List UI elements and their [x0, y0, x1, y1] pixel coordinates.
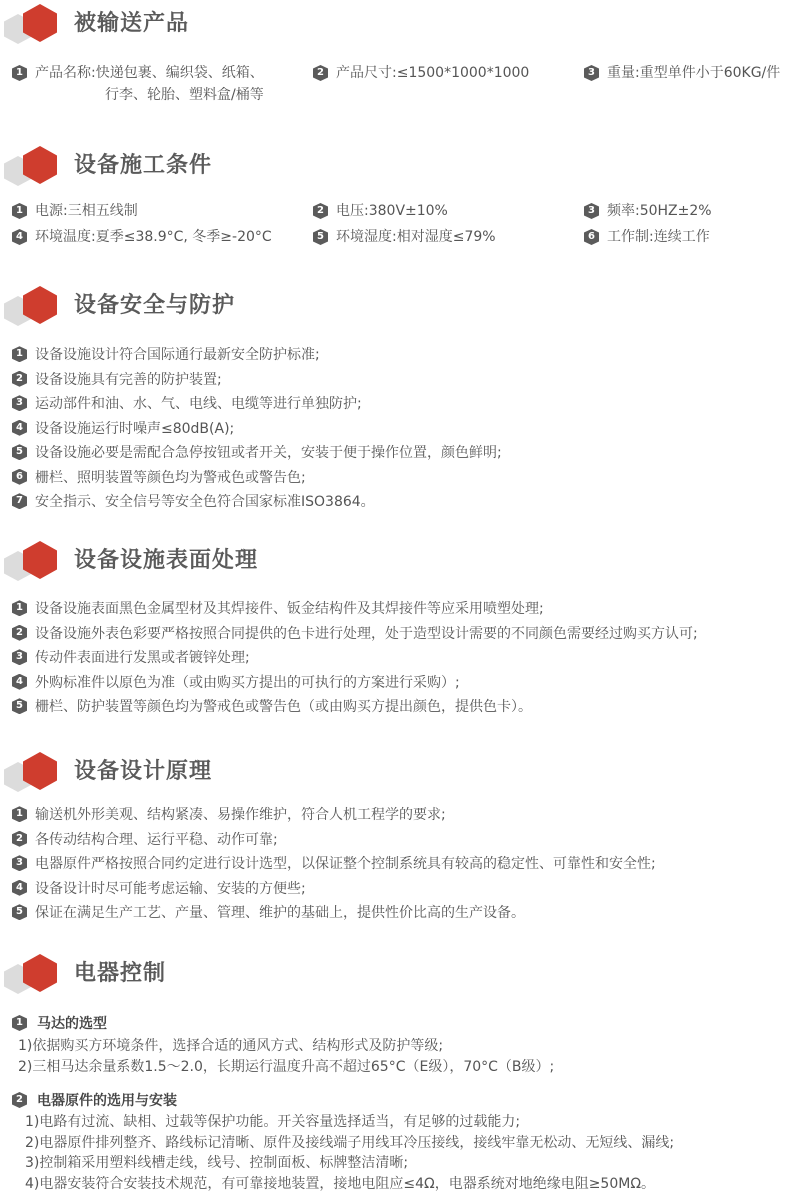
list-item-text: 各传动结构合理、运行平稳、动作可靠; — [35, 829, 278, 849]
number-badge-icon: 3 — [584, 65, 599, 81]
subsection-line: 2)三相马达余量系数1.5～2.0，长期运行温度升高不超过65°C（E级），70… — [18, 1057, 554, 1078]
number-badge-icon: 1 — [12, 600, 27, 616]
section-conveyed-products: 被输送产品 1 产品名称:快递包裹、编织袋、纸箱、 行李、轮胎、塑料盒/桶等 2… — [0, 0, 800, 46]
list-item-text: 保证在满足生产工艺、产量、管理、维护的基础上，提供性价比高的生产设备。 — [35, 902, 525, 922]
section-header: 设备设施表面处理 — [0, 537, 800, 583]
number-badge-icon: 3 — [12, 855, 27, 871]
spec-label: 频率:50HZ±2% — [607, 200, 712, 222]
number-badge-icon: 4 — [12, 674, 27, 690]
spec-label: 环境湿度:相对湿度≤79% — [336, 226, 496, 248]
subsection-line: 1)电路有过流、缺相、过载等保护功能。开关容量选择适当，有足够的过载能力; — [25, 1112, 674, 1133]
list-item: 6栅栏、照明装置等颜色均为警戒色或警告色; — [12, 465, 502, 490]
number-badge-icon: 6 — [584, 229, 599, 245]
number-badge-icon: 5 — [12, 904, 27, 920]
list-item-text: 设备设施外表色彩要严格按照合同提供的色卡进行处理，处于造型设计需要的不同颜色需要… — [35, 623, 698, 643]
list-item: 3电器原件严格按照合同约定进行设计选型，以保证整个控制系统具有较高的稳定性、可靠… — [12, 851, 656, 876]
spec-text: 产品名称:快递包裹、编织袋、纸箱、 行李、轮胎、塑料盒/桶等 — [35, 62, 264, 106]
section-header: 设备施工条件 — [0, 142, 800, 188]
subsection-header: 2 电器原件的选用与安装 — [12, 1089, 674, 1111]
section-header: 电器控制 — [0, 950, 800, 996]
list-item-text: 输送机外形美观、结构紧凑、易操作维护，符合人机工程学的要求; — [35, 804, 446, 824]
list-item: 2设备设施具有完善的防护装置; — [12, 367, 502, 392]
section-title: 电器控制 — [74, 956, 166, 987]
subsection-component-installation: 2 电器原件的选用与安装 1)电路有过流、缺相、过载等保护功能。开关容量选择适当… — [12, 1089, 674, 1194]
numbered-list: 1设备设施设计符合国际通行最新安全防护标准; 2设备设施具有完善的防护装置; 3… — [12, 342, 502, 514]
number-badge-icon: 5 — [12, 698, 27, 714]
list-item: 2各传动结构合理、运行平稳、动作可靠; — [12, 827, 656, 852]
spec-item: 6 工作制:连续工作 — [584, 226, 710, 248]
spec-label: 产品尺寸:≤1500*1000*1000 — [336, 62, 529, 84]
section-surface-treatment: 设备设施表面处理 1设备设施表面黑色金属型材及其焊接件、钣金结构件及其焊接件等应… — [0, 537, 800, 583]
spec-item: 3 重量:重型单件小于60KG/件 — [584, 62, 780, 84]
number-badge-icon: 4 — [12, 229, 27, 245]
number-badge-icon: 5 — [12, 444, 27, 460]
list-item: 3传动件表面进行发黑或者镀锌处理; — [12, 645, 698, 670]
spec-label: 环境温度:夏季≤38.9°C, 冬季≥-20°C — [35, 226, 272, 248]
number-badge-icon: 6 — [12, 469, 27, 485]
number-badge-icon: 2 — [313, 65, 328, 81]
section-title: 设备设施表面处理 — [74, 543, 258, 574]
section-title: 设备安全与防护 — [74, 288, 235, 319]
list-item-text: 设备设施运行时噪声≤80dB(A); — [35, 418, 234, 438]
number-badge-icon: 2 — [313, 203, 328, 219]
spec-label: 产品名称:快递包裹、编织袋、纸箱、 — [35, 65, 264, 81]
list-item: 3运动部件和油、水、气、电线、电缆等进行单独防护; — [12, 391, 502, 416]
spec-item: 1 电源:三相五线制 — [12, 200, 138, 222]
number-badge-icon: 3 — [12, 395, 27, 411]
spec-label: 电源:三相五线制 — [35, 200, 138, 222]
section-header: 被输送产品 — [0, 0, 800, 46]
list-item-text: 外购标准件以原色为准（或由购买方提出的可执行的方案进行采购）; — [35, 672, 460, 692]
spec-label: 工作制:连续工作 — [607, 226, 710, 248]
spec-label: 电压:380V±10% — [336, 200, 448, 222]
spec-item: 4 环境温度:夏季≤38.9°C, 冬季≥-20°C — [12, 226, 272, 248]
subsection-header: 1 马达的选型 — [12, 1012, 554, 1034]
subsection-motor-selection: 1 马达的选型 1)依据购买方环境条件，选择合适的通风方式、结构形式及防护等级;… — [12, 1012, 554, 1077]
subsection-line: 1)依据购买方环境条件，选择合适的通风方式、结构形式及防护等级; — [18, 1036, 554, 1057]
spec-item: 3 频率:50HZ±2% — [584, 200, 712, 222]
list-item-text: 设备设计时尽可能考虑运输、安装的方便些; — [35, 878, 306, 898]
section-electrical-control: 电器控制 1 马达的选型 1)依据购买方环境条件，选择合适的通风方式、结构形式及… — [0, 950, 800, 996]
subsection-title: 电器原件的选用与安装 — [37, 1090, 177, 1110]
list-item: 2设备设施外表色彩要严格按照合同提供的色卡进行处理，处于造型设计需要的不同颜色需… — [12, 621, 698, 646]
number-badge-icon: 2 — [12, 1092, 27, 1108]
section-title: 设备施工条件 — [74, 148, 212, 179]
list-item: 4外购标准件以原色为准（或由购买方提出的可执行的方案进行采购）; — [12, 670, 698, 695]
list-item-text: 电器原件严格按照合同约定进行设计选型，以保证整个控制系统具有较高的稳定性、可靠性… — [35, 853, 656, 873]
spec-item: 1 产品名称:快递包裹、编织袋、纸箱、 行李、轮胎、塑料盒/桶等 — [12, 62, 264, 106]
subsection-line: 2)电器原件排列整齐、路线标记清晰、原件及接线端子用线耳冷压接线，接线牢靠无松动… — [25, 1133, 674, 1154]
number-badge-icon: 7 — [12, 493, 27, 509]
number-badge-icon: 3 — [584, 203, 599, 219]
section-construction-conditions: 设备施工条件 1 电源:三相五线制 2 电压:380V±10% 3 频率:50H… — [0, 142, 800, 188]
number-badge-icon: 3 — [12, 649, 27, 665]
number-badge-icon: 2 — [12, 831, 27, 847]
list-item: 4设备设计时尽可能考虑运输、安装的方便些; — [12, 876, 656, 901]
list-item: 1输送机外形美观、结构紧凑、易操作维护，符合人机工程学的要求; — [12, 802, 656, 827]
number-badge-icon: 1 — [12, 65, 27, 81]
list-item-text: 运动部件和油、水、气、电线、电缆等进行单独防护; — [35, 393, 362, 413]
number-badge-icon: 2 — [12, 625, 27, 641]
list-item-text: 设备设施表面黑色金属型材及其焊接件、钣金结构件及其焊接件等应采用喷塑处理; — [35, 598, 544, 618]
section-safety-protection: 设备安全与防护 1设备设施设计符合国际通行最新安全防护标准; 2设备设施具有完善… — [0, 282, 800, 328]
section-header: 设备设计原理 — [0, 748, 800, 794]
subsection-title: 马达的选型 — [37, 1013, 107, 1033]
number-badge-icon: 4 — [12, 880, 27, 896]
spec-item: 2 产品尺寸:≤1500*1000*1000 — [313, 62, 529, 84]
list-item-text: 传动件表面进行发黑或者镀锌处理; — [35, 647, 250, 667]
spec-label-cont: 行李、轮胎、塑料盒/桶等 — [35, 87, 264, 103]
spec-label: 重量:重型单件小于60KG/件 — [607, 62, 780, 84]
spec-item: 5 环境湿度:相对湿度≤79% — [313, 226, 496, 248]
number-badge-icon: 2 — [12, 371, 27, 387]
number-badge-icon: 1 — [12, 1015, 27, 1031]
list-item-text: 设备设施必要是需配合急停按钮或者开关，安装于便于操作位置，颜色鲜明; — [35, 442, 502, 462]
list-item-text: 栅栏、防护装置等颜色均为警戒色或警告色（或由购买方提出颜色，提供色卡）。 — [35, 696, 532, 716]
list-item-text: 设备设施设计符合国际通行最新安全防护标准; — [35, 344, 320, 364]
list-item: 1设备设施设计符合国际通行最新安全防护标准; — [12, 342, 502, 367]
list-item-text: 安全指示、安全信号等安全色符合国家标准ISO3864。 — [35, 491, 375, 511]
list-item-text: 设备设施具有完善的防护装置; — [35, 369, 222, 389]
spec-item: 2 电压:380V±10% — [313, 200, 448, 222]
number-badge-icon: 4 — [12, 420, 27, 436]
number-badge-icon: 1 — [12, 203, 27, 219]
number-badge-icon: 5 — [313, 229, 328, 245]
list-item: 5栅栏、防护装置等颜色均为警戒色或警告色（或由购买方提出颜色，提供色卡）。 — [12, 694, 698, 719]
section-title: 设备设计原理 — [74, 754, 212, 785]
list-item: 4设备设施运行时噪声≤80dB(A); — [12, 416, 502, 441]
numbered-list: 1输送机外形美观、结构紧凑、易操作维护，符合人机工程学的要求; 2各传动结构合理… — [12, 802, 656, 925]
section-title: 被输送产品 — [74, 6, 189, 37]
section-header: 设备安全与防护 — [0, 282, 800, 328]
list-item: 5设备设施必要是需配合急停按钮或者开关，安装于便于操作位置，颜色鲜明; — [12, 440, 502, 465]
number-badge-icon: 1 — [12, 806, 27, 822]
section-design-principles: 设备设计原理 1输送机外形美观、结构紧凑、易操作维护，符合人机工程学的要求; 2… — [0, 748, 800, 794]
number-badge-icon: 1 — [12, 346, 27, 362]
subsection-line: 4)电器安装符合安装技术规范，有可靠接地装置，接地电阻应≤4Ω，电器系统对地绝缘… — [25, 1174, 674, 1195]
list-item: 1设备设施表面黑色金属型材及其焊接件、钣金结构件及其焊接件等应采用喷塑处理; — [12, 596, 698, 621]
list-item: 7安全指示、安全信号等安全色符合国家标准ISO3864。 — [12, 489, 502, 514]
subsection-line: 3)控制箱采用塑料线槽走线，线号、控制面板、标牌整洁清晰; — [25, 1153, 674, 1174]
list-item: 5保证在满足生产工艺、产量、管理、维护的基础上，提供性价比高的生产设备。 — [12, 900, 656, 925]
numbered-list: 1设备设施表面黑色金属型材及其焊接件、钣金结构件及其焊接件等应采用喷塑处理; 2… — [12, 596, 698, 719]
list-item-text: 栅栏、照明装置等颜色均为警戒色或警告色; — [35, 467, 306, 487]
